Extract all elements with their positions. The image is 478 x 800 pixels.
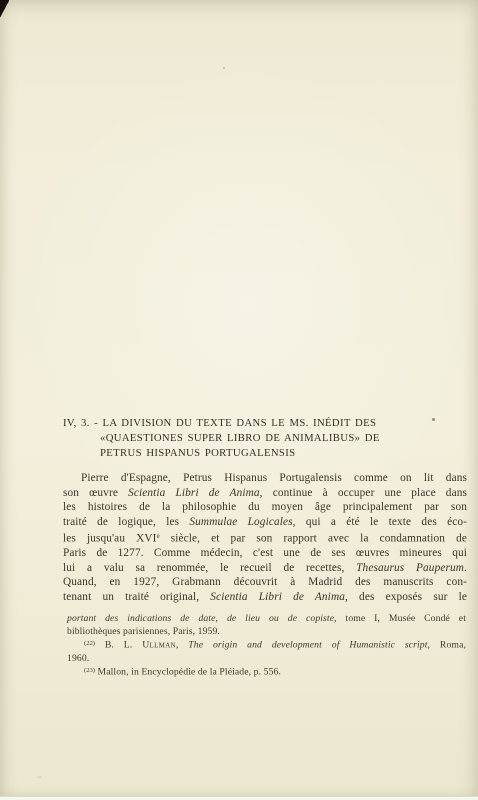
scanned-page: IV, 3. - LA DIVISION DU TEXTE DANS LE MS… (0, 0, 478, 800)
text-segment: portant des indications de date, de lieu… (67, 613, 334, 624)
text-segment: Paris de 1277. Comme médecin, c'est une … (63, 547, 467, 559)
text-segment: les histoires de la philosophie du moyen… (63, 501, 467, 513)
text-segment: , des exposés sur le (345, 591, 467, 603)
text-segment: Scientia Libri de Anima (128, 487, 260, 499)
text-segment: «QUAESTIONES SUPER LIBRO DE ANIMALIBUS» … (100, 432, 380, 444)
text-line: PETRUS HISPANUS PORTUGALENSIS (63, 446, 459, 461)
text-line: portant des indications de date, de lieu… (67, 613, 466, 626)
scan-corner-artifact (0, 0, 9, 17)
text-line: «QUAESTIONES SUPER LIBRO DE ANIMALIBUS» … (63, 431, 459, 446)
text-line: (23) Mallon, in Encyclopédie de la Pléia… (67, 665, 466, 679)
text-segment: Mallon, in Encyclopédie de la Pléiade, p… (95, 667, 281, 678)
text-line: Paris de 1277. Comme médecin, c'est une … (63, 546, 467, 561)
text-line: traité de logique, les Summulae Logicale… (63, 515, 467, 530)
text-segment: les jusqu'au XVI (63, 533, 157, 545)
text-segment: son œuvre (63, 487, 128, 499)
text-segment: Quand, en 1927, Grabmann découvrit à Mad… (63, 576, 467, 588)
text-segment: , Roma, (428, 640, 466, 651)
text-line: bibliothèques parisiennes, Paris, 1959. (67, 626, 466, 639)
text-segment: , qui a été le texte des éco- (293, 516, 467, 528)
text-line: Quand, en 1927, Grabmann découvrit à Mad… (63, 575, 467, 590)
text-line: tenant un traité original, Scientia Libr… (63, 590, 467, 605)
text-segment: Pierre d'Espagne, Petrus Hispanus Portug… (81, 472, 467, 484)
section-heading: IV, 3. - LA DIVISION DU TEXTE DANS LE MS… (63, 416, 459, 461)
text-segment: Summulae Logicales (189, 516, 292, 528)
text-segment: tenant un traité original, (63, 591, 210, 603)
text-segment: , tome I, Musée Condé et (334, 613, 466, 624)
text-segment: . (464, 562, 467, 574)
text-line: son œuvre Scientia Libri de Anima, conti… (63, 486, 467, 501)
text-segment: traité de logique, les (63, 516, 189, 528)
body-paragraph: Pierre d'Espagne, Petrus Hispanus Portug… (63, 471, 467, 604)
text-segment: Scientia Libri de Anima (210, 591, 345, 603)
text-line: les jusqu'au XVIe siècle, et par son rap… (63, 529, 467, 546)
text-line: lui a valu sa renommée, le recueil de re… (63, 561, 467, 576)
text-line: les histoires de la philosophie du moyen… (63, 500, 467, 515)
text-line: Pierre d'Espagne, Petrus Hispanus Portug… (63, 471, 467, 486)
text-segment: PETRUS HISPANUS PORTUGALENSIS (100, 447, 295, 459)
text-segment: lui a valu sa renommée, le recueil de re… (63, 562, 356, 574)
text-segment: (23) (84, 667, 95, 674)
text-segment: B. L. (95, 640, 142, 651)
footnotes: portant des indications de date, de lieu… (67, 613, 466, 680)
text-segment: , (176, 640, 188, 651)
scan-bottom-edge (0, 796, 478, 800)
text-segment: Thesaurus Pauperum (356, 562, 464, 574)
dust-speck (37, 776, 42, 778)
text-line: 1960. (67, 653, 466, 666)
text-segment: The origin and development of Humanistic… (188, 640, 427, 651)
text-segment: , continue à occuper une place dans (260, 487, 467, 499)
text-segment: (22) (84, 640, 95, 647)
text-segment: bibliothèques parisiennes, Paris, 1959. (67, 626, 220, 637)
text-segment: IV, 3. - LA DIVISION DU TEXTE DANS LE MS… (63, 417, 376, 429)
dust-speck (223, 67, 225, 69)
text-segment: Ullman (142, 640, 176, 651)
text-line: IV, 3. - LA DIVISION DU TEXTE DANS LE MS… (63, 416, 459, 431)
text-line: (22) B. L. Ullman, The origin and develo… (67, 638, 466, 652)
text-segment: 1960. (67, 653, 89, 664)
text-segment: siècle, et par son rapport avec la conda… (160, 533, 467, 545)
